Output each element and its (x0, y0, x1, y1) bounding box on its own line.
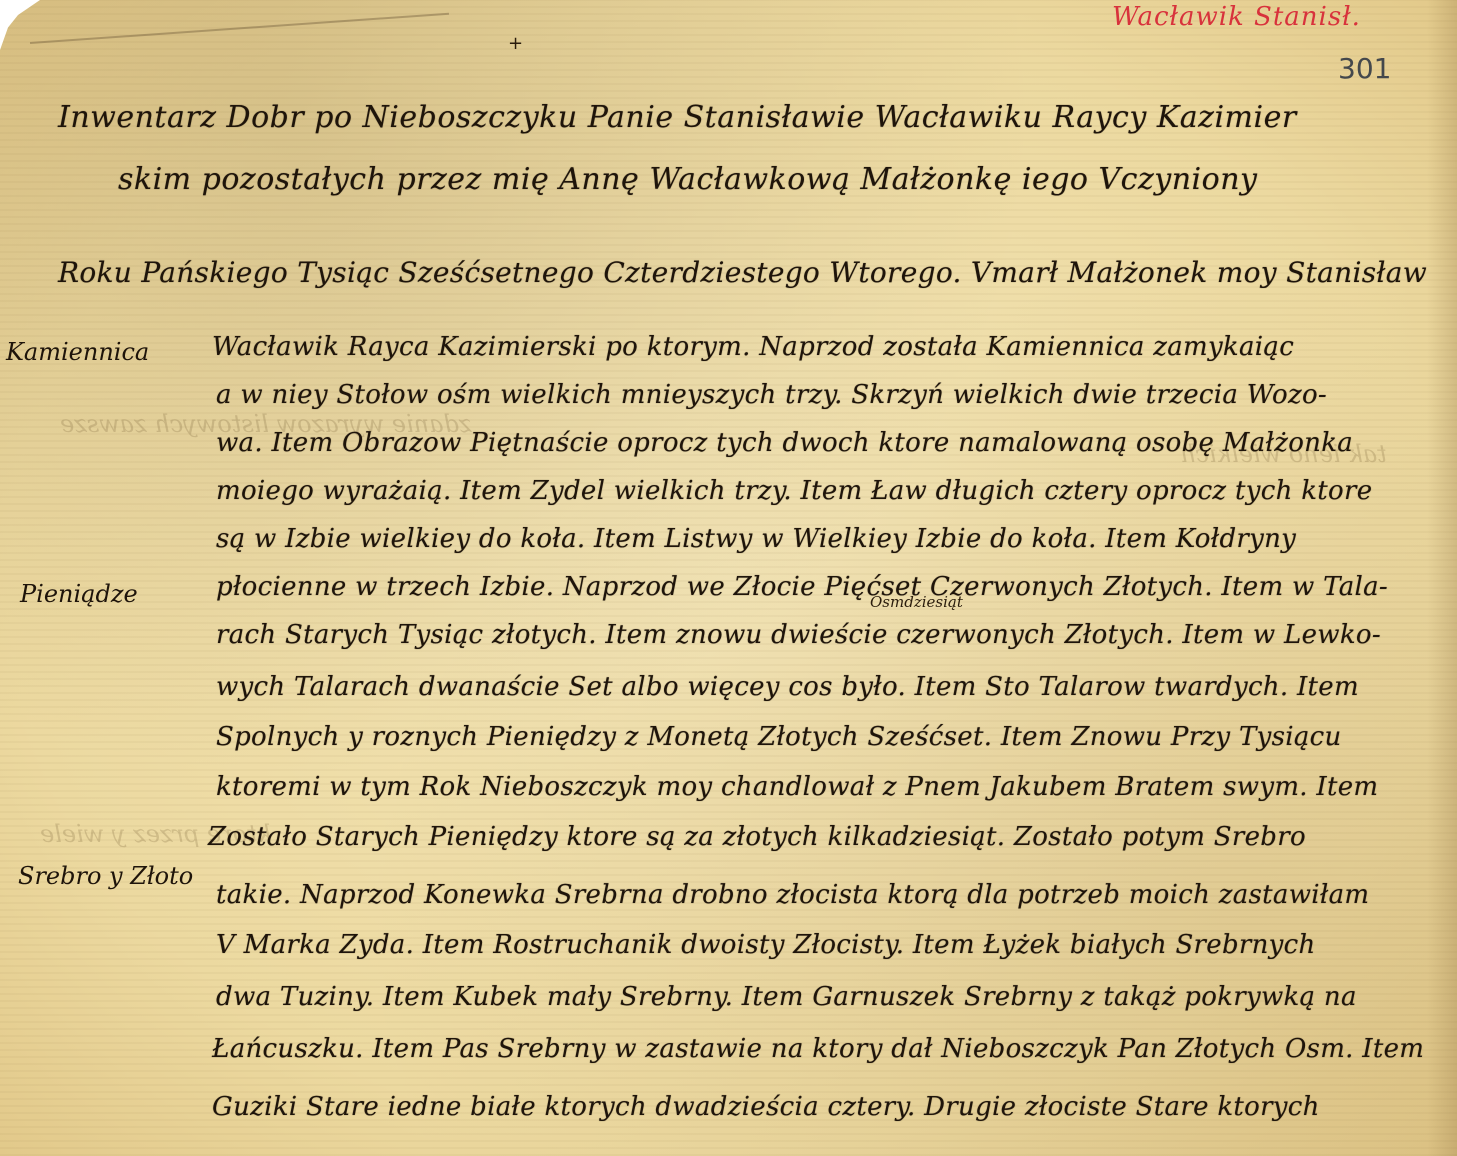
body-line: Spolnych y roznych Pieniędzy z Monetą Zł… (216, 722, 1342, 752)
body-line: dwa Tuziny. Item Kubek mały Srebrny. Ite… (216, 982, 1357, 1012)
margin-note-kamiennica: Kamiennica (6, 338, 149, 366)
body-line: Wacławik Rayca Kazimierski po ktorym. Na… (212, 332, 1294, 362)
manuscript-page: zdanie wyrazow listowych zawsze tak ieno… (0, 0, 1457, 1156)
body-line: V Marka Zyda. Item Rostruchanik dwoisty … (216, 930, 1316, 960)
body-line: takie. Naprzod Konewka Srebrna drobno zł… (216, 880, 1369, 910)
title-line: skim pozostałych przez mię Annę Wacławko… (118, 162, 1257, 197)
body-line: Roku Pańskiego Tysiąc Sześćsetnego Czter… (58, 256, 1427, 289)
body-line: moiego wyrażaią. Item Zydel wielkich trz… (216, 476, 1372, 506)
archive-label: Wacławik Stanisł. (1112, 2, 1361, 32)
body-line: ktoremi w tym Rok Nieboszczyk moy chandl… (216, 772, 1378, 802)
body-line: wa. Item Obrazow Piętnaście oprocz tych … (216, 428, 1353, 458)
fold-crease (30, 13, 449, 44)
body-line: wych Talarach dwanaście Set albo więcey … (216, 672, 1359, 702)
cross-mark: + (508, 33, 523, 54)
title-line: Inwentarz Dobr po Nieboszczyku Panie Sta… (58, 100, 1297, 135)
body-line: płocienne w trzech Izbie. Naprzod we Zło… (216, 572, 1388, 602)
body-line: są w Izbie wielkiey do koła. Item Listwy… (216, 524, 1296, 554)
margin-note-pieniadze: Pieniądze (20, 580, 138, 608)
folio-number: 301 (1338, 52, 1391, 85)
margin-note-srebro-zloto: Srebro y Złoto (18, 862, 193, 890)
body-line: Łańcuszku. Item Pas Srebrny w zastawie n… (212, 1034, 1424, 1064)
body-line: Zostało Starych Pieniędzy ktore są za zł… (208, 822, 1306, 852)
body-line: a w niey Stołow ośm wielkich mnieyszych … (216, 380, 1327, 410)
body-line: Guziki Stare iedne białe ktorych dwadzie… (212, 1092, 1320, 1122)
page-edge-shadow (1427, 0, 1457, 1156)
body-line: rach Starych Tysiąc złotych. Item znowu … (216, 620, 1381, 650)
